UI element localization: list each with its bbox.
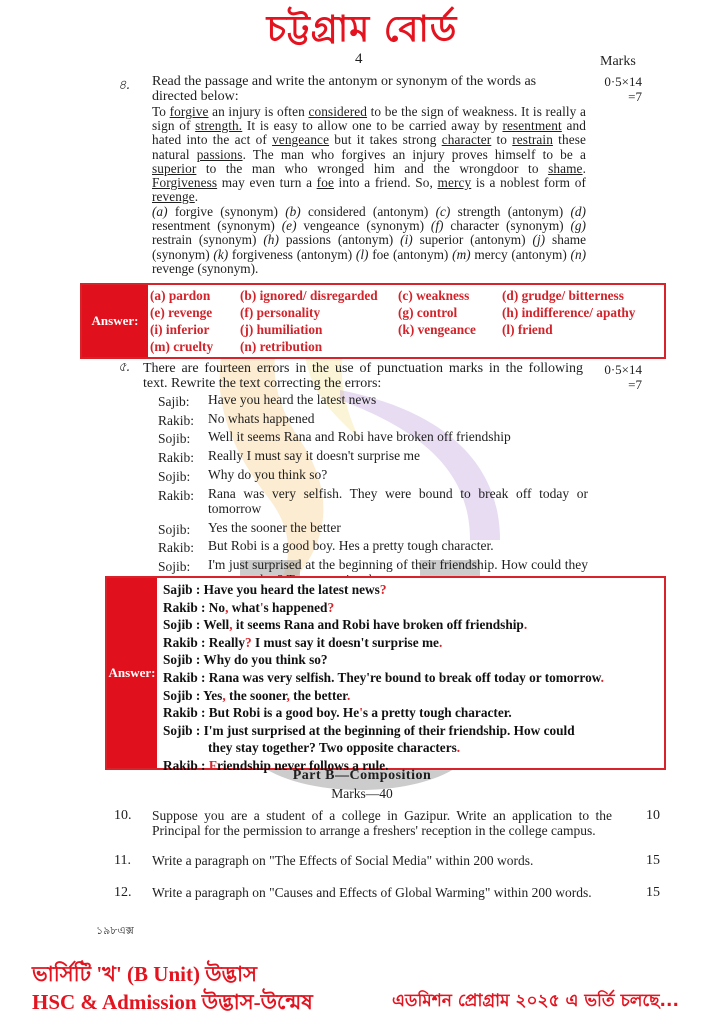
q5-marks-total: =7 [596,377,642,392]
answer-line: they stay together? Two opposite charact… [163,739,604,757]
q4-item: (f) character (synonym) [431,218,571,233]
q4-item: (c) strength (antonym) [436,204,571,219]
q4-marks-formula: 0·5×14 [596,74,642,89]
answer-line: Sojib : I'm just surprised at the beginn… [163,722,604,740]
underlined-word: vengeance [272,132,329,147]
q4-passage: To forgive an injury is often considered… [152,105,586,204]
q4-marks-total: =7 [596,89,642,104]
q4-answer-item: (h) indifference/ apathy [502,304,635,322]
answer-line: Sojib : Why do you think so? [163,651,604,669]
underlined-word: mercy [438,175,472,190]
composition-question-text: Write a paragraph on "Causes and Effects… [152,885,612,900]
q5-marks-formula: 0·5×14 [596,362,642,377]
line-text: Rana was very selfish. They were bound t… [208,486,588,516]
q4-item: (i) superior (antonym) [400,232,532,247]
underlined-word: character [442,132,492,147]
composition-question-number: 11. [114,853,131,868]
underlined-word: shame [548,161,582,176]
footer-admission-promo: এডমিশন প্রোগ্রাম ২০২৫ এ ভর্তি চলছে... [392,988,679,1016]
answer-line: Sajib : Have you heard the latest news? [163,581,604,599]
line-text: But Robi is a good boy. Hes a pretty tou… [208,538,588,553]
answer-line: Rakib : Really? I must say it doesn't su… [163,634,604,652]
q4-item: (a) forgive (synonym) [152,204,285,219]
composition-question-text: Write a paragraph on "The Effects of Soc… [152,853,612,868]
speaker: Rakib: [158,448,194,467]
q4-answer-item: (m) cruelty [150,338,213,356]
answer-line: Rakib : Rana was very selfish. They're b… [163,669,604,687]
q5-answer-label: Answer: [107,578,157,768]
underlined-word: considered [308,104,367,119]
q5-instruction: There are fourteen errors in the use of … [143,361,583,391]
underlined-word: restrain [512,132,553,147]
underlined-word: passions [197,147,243,162]
underlined-word: foe [317,175,334,190]
speaker: Rakib: [158,486,194,505]
answer-line: Rakib : No, what's happened? [163,599,604,617]
question-number-5: ৫. [118,358,131,379]
composition-question-number: 10. [114,808,132,823]
part-b-heading: Part B—Composition [0,768,724,784]
q4-answer-item: (g) control [398,304,457,322]
speaker: Rakib: [158,538,194,557]
underlined-word: resentment [502,118,561,133]
q4-answer-item: (i) inferior [150,321,209,339]
underlined-word: superior [152,161,196,176]
composition-question-number: 12. [114,885,132,900]
q5-answers: Sajib : Have you heard the latest news?R… [163,581,604,775]
speaker: Sojib: [158,557,190,576]
underlined-word: Forgiveness [152,175,217,190]
line-text: Really I must say it doesn't surprise me [208,448,588,463]
speaker: Sajib: [158,392,190,411]
marks-heading: Marks [600,54,636,70]
line-text: Yes the sooner the better [208,520,588,535]
q4-item: (h) passions (antonym) [263,232,400,247]
speaker: Sojib: [158,429,190,448]
underlined-word: forgive [170,104,209,119]
q4-answer-item: (l) friend [502,321,553,339]
composition-question-marks: 15 [646,885,660,900]
composition-question-marks: 15 [646,853,660,868]
q4-answer-item: (f) personality [240,304,320,322]
underlined-word: revenge [152,189,195,204]
composition-question-marks: 10 [646,808,660,823]
q4-answer-label: Answer: [82,285,148,357]
q4-answer-item: (e) revenge [150,304,212,322]
line-text: Well it seems Rana and Robi have broken … [208,429,588,444]
page-code: ১৯৮এক্স [96,922,134,941]
answer-line: Sojib : Yes, the sooner, the better. [163,687,604,705]
q4-instruction: Read the passage and write the antonym o… [152,74,582,104]
q4-answer-item: (n) retribution [240,338,322,356]
speaker: Sojib: [158,467,190,486]
q4-items: (a) forgive (synonym) (b) considered (an… [152,205,586,276]
q4-item: (m) mercy (antonym) [452,247,570,262]
q4-answer-item: (b) ignored/ disregarded [240,287,378,305]
q4-answer-item: (c) weakness [398,287,469,305]
page-number: 4 [355,51,363,68]
answer-line: Sojib : Well, it seems Rana and Robi hav… [163,616,604,634]
q4-answer-item: (j) humiliation [240,321,322,339]
q4-answer-item: (k) vengeance [398,321,476,339]
q4-item: (b) considered (antonym) [285,204,435,219]
part-b-marks: Marks—40 [0,786,724,802]
q4-marks: 0·5×14 =7 [596,74,642,104]
q4-item: (l) foe (antonym) [356,247,452,262]
q4-item: (k) forgiveness (antonym) [213,247,356,262]
line-text: No whats happened [208,411,588,426]
line-text: Have you heard the latest news [208,392,588,407]
q5-marks: 0·5×14 =7 [596,362,642,392]
footer-hsc-line: HSC & Admission উদ্ভাস-উন্মেষ [32,986,313,1021]
q4-answer-item: (d) grudge/ bitterness [502,287,624,305]
answer-line: Rakib : But Robi is a good boy. He's a p… [163,704,604,722]
q4-answer-item: (a) pardon [150,287,210,305]
underlined-word: strength. [195,118,242,133]
speaker: Rakib: [158,411,194,430]
speaker: Sojib: [158,520,190,539]
q4-item: (e) vengeance (synonym) [282,218,431,233]
question-number-4: ৪. [118,76,131,97]
line-text: Why do you think so? [208,467,588,482]
composition-question-text: Suppose you are a student of a college i… [152,808,612,838]
